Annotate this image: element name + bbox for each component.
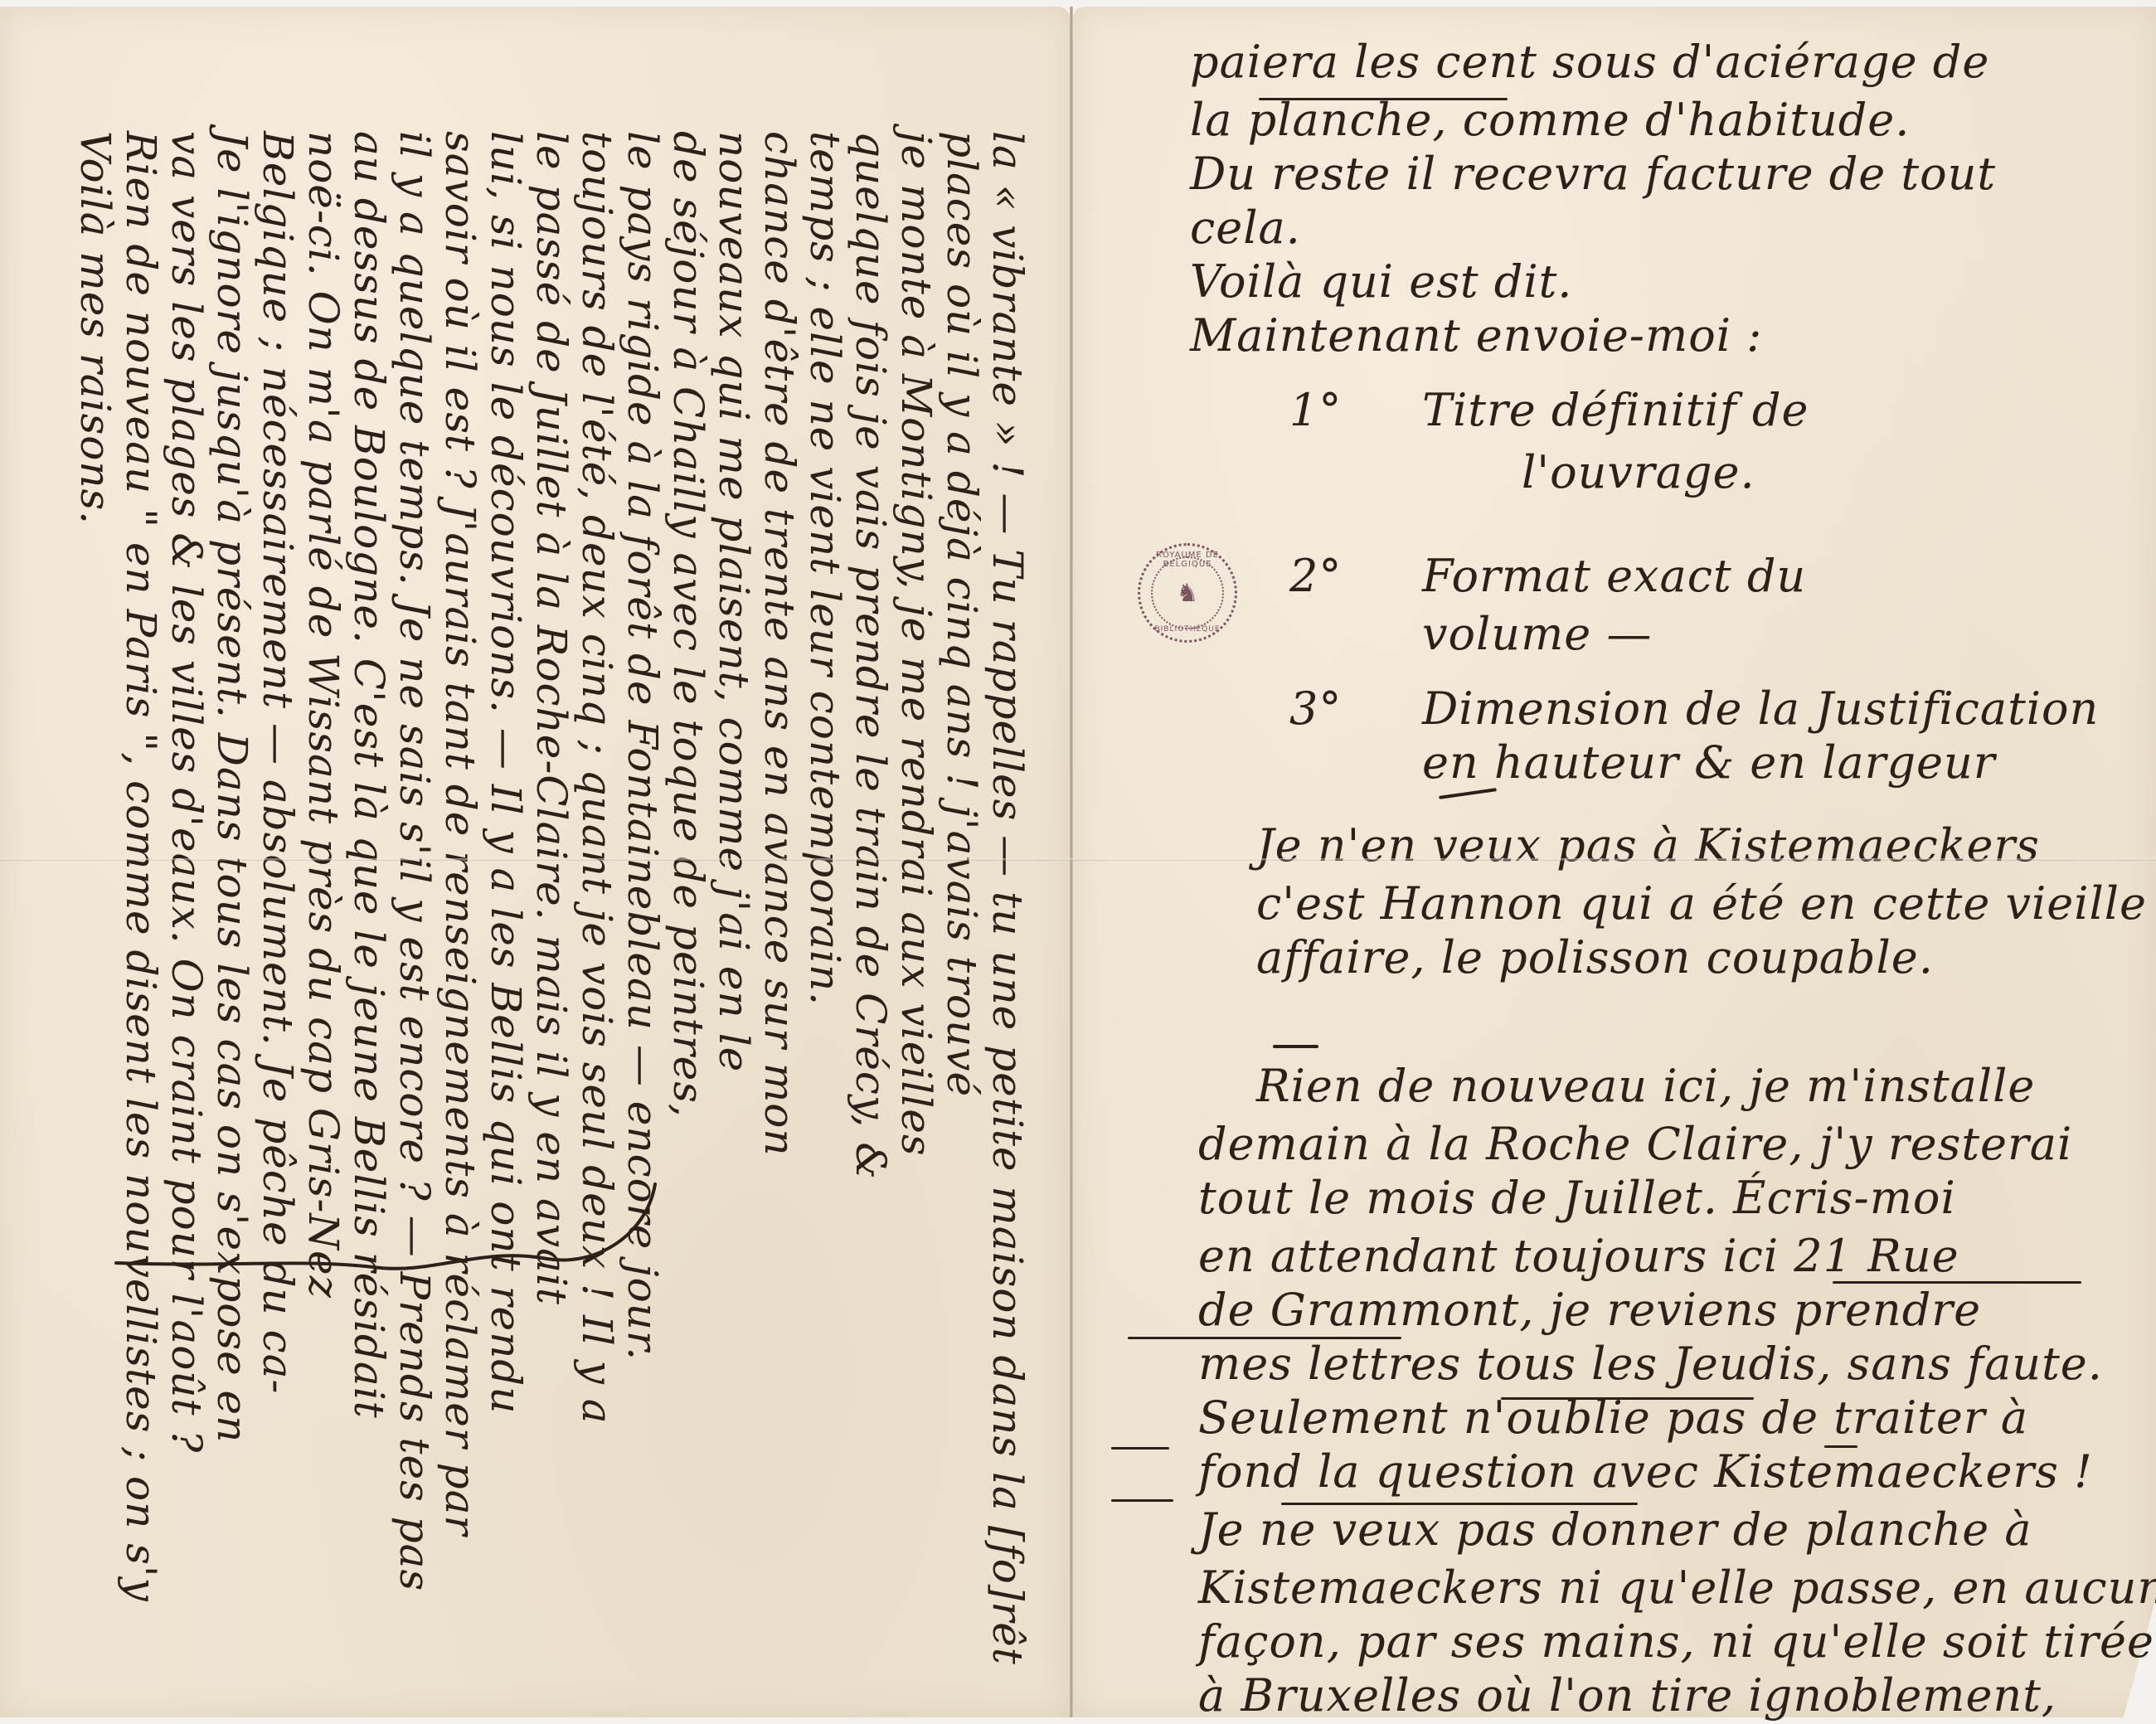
right-line: c'est Hannon qui a été en cette vieille: [1256, 875, 2147, 933]
horizontal-fold-crease: [0, 858, 2156, 861]
library-stamp: ROYAUME DE BELGIQUE ♞ BIBLIOTHÈQUE: [1138, 543, 1237, 643]
underline-stroke: [1259, 98, 1508, 100]
underline-stroke: [1501, 1397, 1754, 1400]
list-item-continuation: volume —: [1422, 605, 1652, 663]
right-line: Je ne veux pas donner de planche à: [1198, 1501, 2032, 1559]
right-line: de Grammont, je reviens prendre: [1198, 1281, 1981, 1339]
list-item-continuation: l'ouvrage.: [1522, 444, 1755, 502]
right-line: cela.: [1190, 199, 1301, 257]
right-line: mes lettres tous les Jeudis, sans faute.: [1198, 1335, 2103, 1393]
list-item-continuation: en hauteur & en largeur: [1422, 734, 1996, 792]
list-number: 2°: [1289, 547, 1342, 605]
letter-scan: Voilà mes raisons. Rien de nouveau " en …: [0, 0, 2156, 1724]
list-number: 1°: [1289, 381, 1342, 439]
underline-stroke: [1111, 1499, 1173, 1502]
underline-stroke: [1281, 1503, 1638, 1505]
underline-stroke: [1833, 1281, 2081, 1284]
right-line: Maintenant envoie-moi :: [1190, 307, 1762, 365]
right-line: affaire, le polisson coupable.: [1256, 929, 1934, 987]
right-line: façon, par ses mains, ni qu'elle soit ti…: [1198, 1613, 2154, 1671]
left-page: Voilà mes raisons. Rien de nouveau " en …: [0, 7, 1070, 1717]
bracket-stroke-icon: [83, 1168, 663, 1300]
left-page-sideways-text: Voilà mes raisons. Rien de nouveau " en …: [50, 131, 1028, 1690]
right-line: à Bruxelles où l'on tire ignoblement,: [1198, 1667, 2056, 1724]
right-line: Kistemaeckers ni qu'elle passe, en aucun…: [1198, 1559, 2156, 1617]
right-line: Du reste il recevra facture de tout: [1190, 145, 1996, 203]
right-line: en attendant toujours ici 21 Rue: [1198, 1227, 1959, 1285]
underline-stroke: [1824, 1445, 1857, 1448]
page-fold: [1070, 7, 1073, 1717]
list-number: 3°: [1289, 680, 1342, 738]
right-line: paiera les cent sous d'aciérage de: [1190, 33, 1989, 91]
separator-dash: [1273, 1045, 1318, 1048]
list-item-title: Titre définitif de: [1422, 381, 1809, 439]
list-item-title: Dimension de la Justification: [1422, 680, 2099, 738]
underline-stroke: [1111, 1447, 1169, 1450]
left-line: la « vibrante » ! — Tu rappelles — tu un…: [978, 131, 1037, 1665]
right-line: Rien de nouveau ici, je m'installe: [1256, 1057, 2035, 1115]
list-item-title: Format exact du: [1422, 547, 1806, 605]
underline-stroke: [1128, 1337, 1401, 1339]
right-line: demain à la Roche Claire, j'y resterai: [1198, 1115, 2072, 1173]
right-line: Voilà qui est dit.: [1190, 253, 1572, 311]
right-line: tout le mois de Juillet. Écris-moi: [1198, 1169, 1956, 1227]
right-line: Je n'en veux pas à Kistemaeckers: [1256, 817, 2040, 875]
right-line: fond la question avec Kistemaeckers !: [1198, 1443, 2093, 1501]
